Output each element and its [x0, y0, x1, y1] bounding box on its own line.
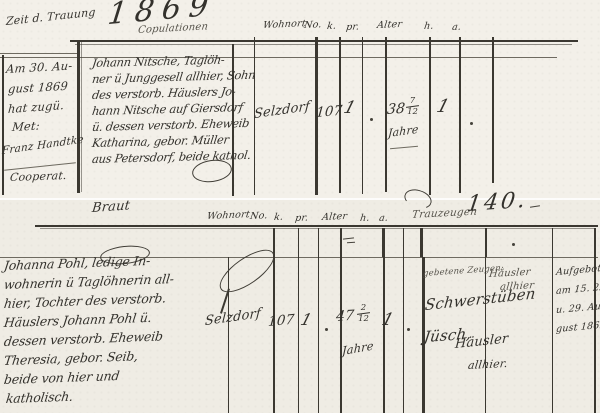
bride-entry-line: Johanna Pohl, ledige In-	[3, 255, 151, 273]
fraction-numerator: 7	[410, 97, 415, 106]
groom-age: 38	[386, 102, 406, 117]
groom-age-unit: Jahre	[388, 124, 419, 140]
col-header-no: No.	[303, 20, 322, 30]
groom-entry-line: Johann Nitsche, Taglöh-	[91, 55, 225, 70]
col-header-pr: pr.	[294, 213, 309, 223]
register-subheading: Copulationen	[137, 22, 208, 36]
groom-pr-dot	[370, 118, 373, 121]
ink-mark-dash	[343, 237, 354, 239]
grid-line-vertical	[429, 37, 431, 195]
ink-flourish-line	[390, 146, 418, 149]
bottom-scan-fragment: Braut Wohnort No. k. pr. Alter h. a. Tra…	[0, 200, 600, 413]
col-header-h: h.	[423, 22, 434, 32]
grid-line-vertical	[2, 55, 4, 195]
witness-desc-1: allhier	[499, 281, 534, 293]
grid-line-horizontal	[75, 44, 572, 45]
grid-line-vertical	[318, 257, 319, 413]
grid-line-vertical	[298, 228, 299, 257]
groom-entry-line: ü. dessen verstorb. Eheweib	[91, 118, 250, 134]
grid-line-vertical	[403, 257, 404, 413]
grid-line-vertical	[552, 257, 553, 413]
grid-line-vertical	[492, 37, 494, 183]
grid-line-vertical	[382, 228, 385, 257]
officiant-title: Cooperat.	[9, 170, 67, 183]
col-header-no: No.	[249, 211, 268, 221]
grid-line-horizontal	[0, 57, 557, 58]
groom-house-no: 107	[315, 105, 342, 121]
col-header-wohnort: Wohnort	[262, 19, 306, 30]
col-header-k: k.	[273, 213, 284, 223]
grid-line-vertical	[273, 257, 275, 413]
grid-line-horizontal	[70, 40, 578, 42]
grid-line-vertical	[594, 257, 596, 413]
groom-k-tally: 1	[342, 100, 358, 117]
grid-line-vertical	[594, 228, 596, 257]
grid-line-vertical	[81, 42, 82, 192]
grid-line-vertical	[77, 40, 80, 193]
officiant-name: Franz Handtke	[2, 134, 84, 156]
bride-entry-line: Theresia, gebor. Seib,	[3, 350, 138, 367]
col-header-k: k.	[326, 22, 337, 32]
fraction-denominator: 12	[358, 315, 369, 324]
ink-mark-dot	[512, 243, 515, 246]
bride-age-fraction: 2 12	[357, 304, 370, 324]
grid-line-vertical	[362, 37, 363, 194]
groom-h-tally: 1	[434, 98, 451, 116]
bride-pr-dot	[325, 328, 328, 331]
page-number: 140.	[465, 190, 529, 217]
col-header-a: a.	[378, 214, 388, 224]
bride-entry-line: Häuslers Johann Pohl ü.	[3, 312, 152, 330]
fraction-denominator: 12	[407, 108, 418, 117]
bride-k-tally: 1	[299, 312, 314, 328]
bride-h-tally: 1	[380, 312, 396, 329]
groom-age-fraction: 7 12	[406, 97, 419, 117]
col-header-alter: Alter	[321, 212, 347, 223]
bride-entry-line: katholisch.	[5, 391, 73, 406]
col-header-h: h.	[359, 214, 370, 224]
bride-a-dot	[407, 328, 410, 331]
col-header-pr: pr.	[345, 22, 360, 32]
grid-line-vertical	[420, 228, 423, 257]
bride-age-unit: Jahre	[342, 340, 374, 357]
grid-line-vertical	[340, 228, 342, 257]
groom-wohnort: Selzdorf	[254, 100, 311, 121]
grid-line-vertical	[340, 257, 342, 413]
corner-annotation: Zeit d. Trauung	[6, 7, 96, 28]
bride-wohnort: Selzdorf	[205, 307, 262, 328]
grid-line-vertical	[383, 257, 385, 413]
bride-house-no: 107	[267, 314, 294, 330]
fraction-numerator: 2	[361, 304, 366, 313]
bride-entry-line: hier, Tochter des verstorb.	[3, 292, 166, 310]
grid-line-vertical	[485, 228, 487, 257]
ink-mark-dash	[347, 242, 355, 244]
ink-flourish-loop	[213, 242, 280, 300]
grid-line-horizontal	[0, 53, 78, 54]
bride-entry-line: wohnerin ü Taglöhnerin all-	[3, 273, 174, 291]
col-header-a: a.	[451, 23, 461, 33]
groom-entry-line: des verstorb. Häuslers Jo-	[91, 86, 236, 101]
marriage-date-line: gust 1869	[7, 81, 68, 96]
register-scan-page: Zeit d. Trauung 1869 Copulationen Wohnor…	[0, 0, 600, 413]
section-label-braut: Braut	[91, 199, 130, 215]
ink-mark-dash	[530, 205, 540, 208]
grid-line-vertical	[318, 228, 319, 257]
bride-entry-line: dessen verstorb. Eheweib	[3, 330, 163, 348]
grid-line-vertical	[459, 37, 461, 193]
witness-desc-2: allhier.	[467, 358, 508, 371]
bride-entry-line: beide von hier und	[3, 370, 120, 387]
top-scan-fragment: Zeit d. Trauung 1869 Copulationen Wohnor…	[0, 0, 600, 202]
groom-entry-line: Katharina, gebor. Müller	[91, 134, 229, 149]
marriage-date-line: Am 30. Au-	[5, 60, 72, 75]
bride-age: 47	[335, 309, 355, 324]
marriage-date-line: Met:	[11, 121, 40, 134]
col-header-wohnort: Wohnort	[206, 210, 250, 221]
groom-entry-line: hann Nitsche auf Giersdorf	[91, 102, 243, 117]
grid-line-vertical	[403, 228, 404, 257]
witness-desc-2: Häusler	[455, 332, 509, 351]
witness-desc-1: Häusler	[488, 268, 531, 280]
grid-line-vertical	[298, 257, 299, 413]
col-header-alter: Alter	[376, 20, 402, 31]
groom-a-dot	[470, 122, 473, 125]
grid-line-horizontal	[35, 225, 598, 227]
grid-line-vertical	[552, 228, 553, 257]
marriage-date-line: hat zugü.	[8, 100, 65, 116]
